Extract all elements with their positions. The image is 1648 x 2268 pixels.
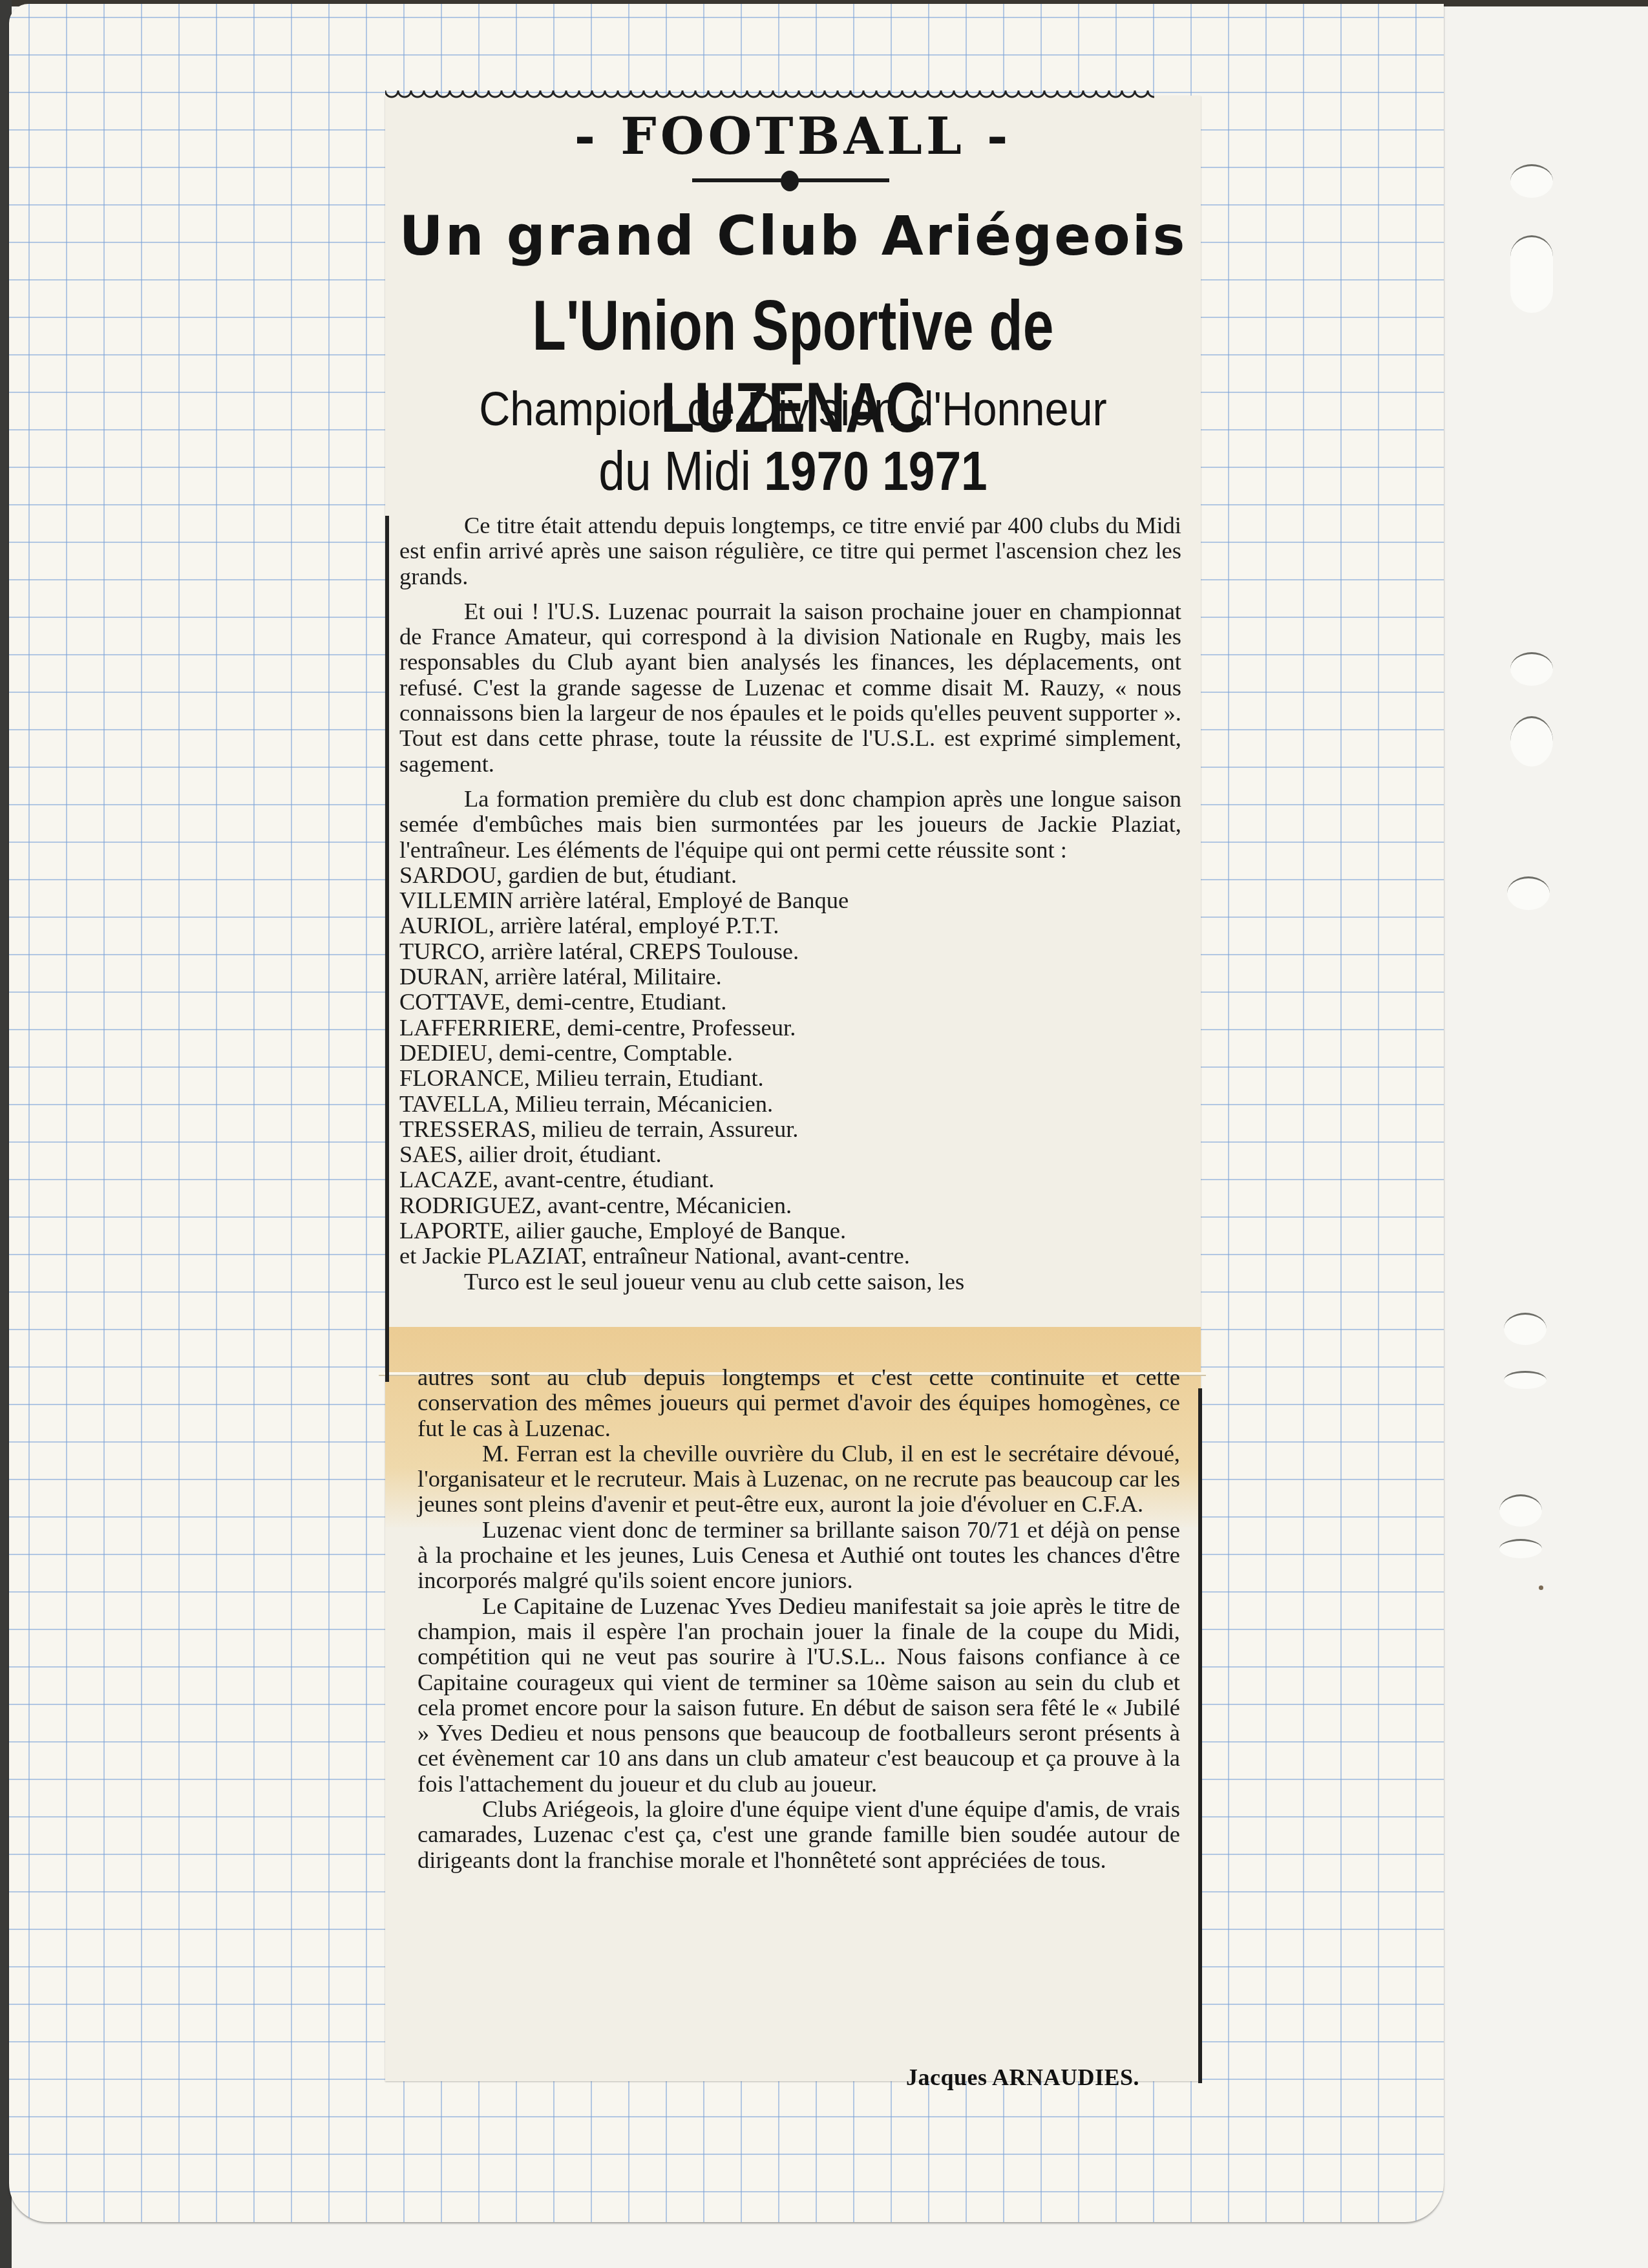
paragraph: Luzenac vient donc de terminer sa brilla… xyxy=(417,1517,1180,1593)
player-name: TURCO xyxy=(399,938,480,964)
roster-entry: LACAZE, avant-centre, étudiant. xyxy=(399,1167,1181,1192)
roster-entry: SAES, ailier droit, étudiant. xyxy=(399,1141,1181,1167)
roster-entry: LAPORTE, ailier gauche, Employé de Banqu… xyxy=(399,1218,1181,1243)
roster-entry: TRESSERAS, milieu de terrain, Assureur. xyxy=(399,1116,1181,1141)
roster-entry: RODRIGUEZ, avant-centre, Mécanicien. xyxy=(399,1192,1181,1218)
punch-hole xyxy=(1510,164,1553,198)
roster-entry: COTTAVE, demi-centre, Etudiant. xyxy=(399,989,1181,1014)
roster-entry: AURIOL, arrière latéral, employé P.T.T. xyxy=(399,913,1181,938)
column-rule xyxy=(1198,1388,1202,2083)
punch-hole xyxy=(1510,652,1553,686)
player-details: , arrière latéral, employé P.T.T. xyxy=(489,912,779,938)
headline-season-prefix: du Midi xyxy=(598,440,751,502)
roster-entry: DEDIEU, demi-centre, Comptable. xyxy=(399,1040,1181,1065)
player-details: , avant-centre, Mécanicien. xyxy=(536,1192,792,1218)
player-name: COTTAVE xyxy=(399,988,505,1015)
punch-hole xyxy=(1510,716,1553,767)
player-name: et Jackie PLAZIAT xyxy=(399,1242,581,1269)
player-details: , demi-centre, Comptable. xyxy=(487,1039,733,1066)
headline-title: Champion de Division d'Honneur xyxy=(426,381,1160,436)
player-name: DURAN xyxy=(399,963,483,990)
roster-entry: DURAN, arrière latéral, Militaire. xyxy=(399,964,1181,989)
player-name: RODRIGUEZ xyxy=(399,1192,536,1218)
player-name: SAES xyxy=(399,1141,457,1167)
punch-hole xyxy=(1504,1313,1547,1345)
newspaper-clipping: - FOOTBALL - Un grand Club Ariégeois L'U… xyxy=(385,96,1201,2081)
paragraph: Le Capitaine de Luzenac Yves Dedieu mani… xyxy=(417,1593,1180,1796)
roster-entry: TURCO, arrière latéral, CREPS Toulouse. xyxy=(399,938,1181,964)
player-details: , gardien de but, étudiant. xyxy=(496,862,737,888)
player-name: AURIOL xyxy=(399,912,489,938)
player-name: LAFFERRIERE xyxy=(399,1014,555,1041)
graph-paper-sheet: - FOOTBALL - Un grand Club Ariégeois L'U… xyxy=(9,4,1444,2222)
paragraph: Ce titre était attendu depuis longtemps,… xyxy=(399,513,1181,589)
punch-hole xyxy=(1504,1371,1547,1389)
headline: Un grand Club Ariégeois xyxy=(385,204,1201,268)
headline-season-years: 1970 1971 xyxy=(764,440,988,502)
player-name: TRESSERAS xyxy=(399,1116,531,1142)
player-details: , ailier gauche, Employé de Banque. xyxy=(504,1217,846,1244)
punch-hole xyxy=(1499,1494,1542,1527)
player-details: , arrière latéral, CREPS Toulouse. xyxy=(480,938,799,964)
roster-entry: SARDOU, gardien de but, étudiant. xyxy=(399,862,1181,887)
roster-entry: et Jackie PLAZIAT, entraîneur National, … xyxy=(399,1243,1181,1268)
player-name: SARDOU xyxy=(399,862,496,888)
paragraph-turco: Turco est le seul joueur venu au club ce… xyxy=(399,1269,1181,1294)
author-byline: Jacques ARNAUDIES. xyxy=(906,2064,1139,2091)
article-body-top: Ce titre était attendu depuis longtemps,… xyxy=(399,513,1181,1294)
player-details: , avant-centre, étudiant. xyxy=(492,1166,715,1192)
article-body-bottom: autres sont au club depuis longtemps et … xyxy=(417,1364,1180,1872)
paragraph: Et oui ! l'U.S. Luzenac pourrait la sais… xyxy=(399,599,1181,776)
player-name: LACAZE xyxy=(399,1166,492,1192)
player-details: , Milieu terrain, Mécanicien. xyxy=(503,1090,774,1117)
player-name: LAPORTE xyxy=(399,1217,504,1244)
roster-entry: VILLEMIN arrière latéral, Employé de Ban… xyxy=(399,887,1181,913)
paper-speck xyxy=(1539,1585,1543,1590)
player-name: TAVELLA xyxy=(399,1090,503,1117)
headline-season: du Midi 1970 1971 xyxy=(447,440,1140,503)
roster-entry: TAVELLA, Milieu terrain, Mécanicien. xyxy=(399,1091,1181,1116)
column-rule xyxy=(385,516,389,1382)
player-name: DEDIEU xyxy=(399,1039,487,1066)
punch-hole xyxy=(1507,876,1550,910)
torn-top-edge xyxy=(385,90,1154,100)
player-details: , arrière latéral, Militaire. xyxy=(483,963,722,990)
paragraph: Clubs Ariégeois, la gloire d'une équipe … xyxy=(417,1796,1180,1872)
player-details: , ailier droit, étudiant. xyxy=(457,1141,661,1167)
player-roster: SARDOU, gardien de but, étudiant.VILLEMI… xyxy=(399,862,1181,1269)
player-name: VILLEMIN xyxy=(399,887,513,913)
player-details: , demi-centre, Professeur. xyxy=(555,1014,796,1041)
roster-entry: FLORANCE, Milieu terrain, Etudiant. xyxy=(399,1065,1181,1090)
player-details: , demi-centre, Etudiant. xyxy=(505,988,727,1015)
player-details: arrière latéral, Employé de Banque xyxy=(513,887,849,913)
ornament-dot-icon xyxy=(781,171,799,191)
player-details: , Milieu terrain, Etudiant. xyxy=(524,1065,764,1091)
roster-entry: LAFFERRIERE, demi-centre, Professeur. xyxy=(399,1015,1181,1040)
paragraph: La formation première du club est donc c… xyxy=(399,786,1181,862)
punch-hole xyxy=(1510,235,1553,313)
player-details: , entraîneur National, avant-centre. xyxy=(581,1242,910,1269)
player-name: FLORANCE xyxy=(399,1065,524,1091)
paragraph: autres sont au club depuis longtemps et … xyxy=(417,1364,1180,1441)
paragraph: M. Ferran est la cheville ouvrière du Cl… xyxy=(417,1441,1180,1517)
punch-hole xyxy=(1499,1539,1542,1558)
player-details: , milieu de terrain, Assureur. xyxy=(531,1116,799,1142)
section-kicker: - FOOTBALL - xyxy=(385,107,1201,166)
